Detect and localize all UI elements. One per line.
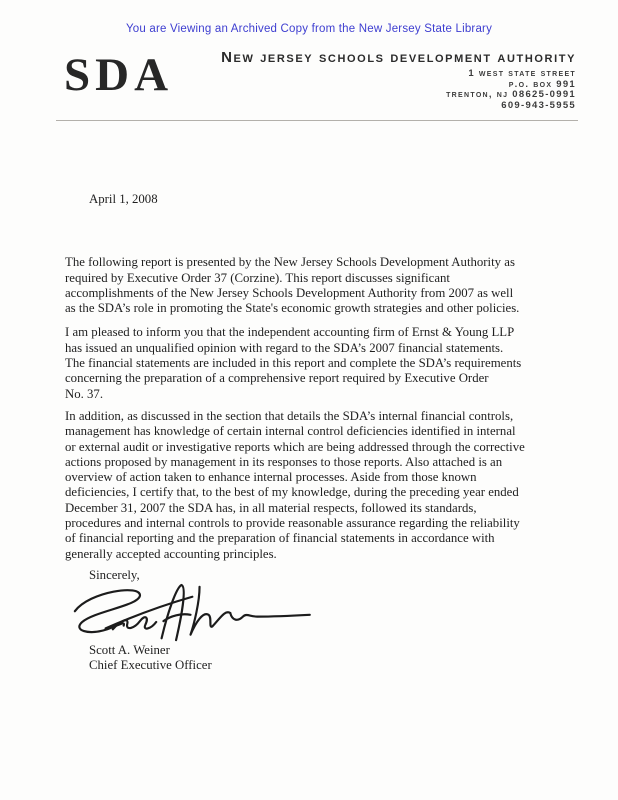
signer-name: Scott A. Weiner [89, 643, 575, 658]
archive-banner: You are Viewing an Archived Copy from th… [0, 0, 618, 35]
paragraph-audit-opinion: I am pleased to inform you that the inde… [65, 325, 575, 401]
paragraph-internal-controls: In addition, as discussed in the section… [65, 409, 575, 562]
scanned-letter-page: You are Viewing an Archived Copy from th… [0, 0, 618, 800]
paragraph-report-presented: The following report is presented by the… [65, 255, 575, 316]
sda-logo: SDA [64, 51, 173, 99]
letter-date: April 1, 2008 [89, 192, 575, 207]
address-line-street: 1 West State Street [221, 69, 576, 80]
letter-body: April 1, 2008 The following report is pr… [65, 192, 575, 673]
signer-title: Chief Executive Officer [89, 658, 575, 673]
address-line-phone: 609-943-5955 [221, 101, 576, 112]
letterhead-divider [56, 120, 578, 121]
signer-block: Scott A. Weiner Chief Executive Officer [89, 643, 575, 673]
address-line-city: Trenton, NJ 08625-0991 [221, 90, 576, 101]
org-name: New Jersey Schools Development Authority [221, 49, 576, 66]
address-lines: 1 West State Street P.O. Box 991 Trenton… [221, 69, 576, 111]
letterhead: SDA New Jersey Schools Development Autho… [64, 49, 576, 111]
letterhead-address-block: New Jersey Schools Development Authority… [221, 49, 576, 111]
signature-scrawl [55, 577, 317, 649]
